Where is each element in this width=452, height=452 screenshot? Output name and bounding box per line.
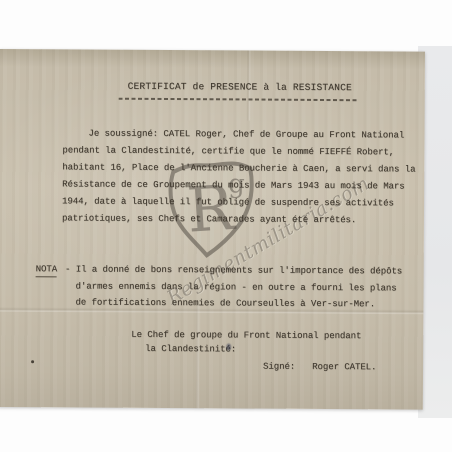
body-line: Je soussigné: CATEL Roger, Chef de Group… <box>88 129 404 142</box>
document-title: CERTIFICAT de PRESENCE à la RESISTANCE <box>110 81 370 94</box>
body-line: Résistance de ce Groupement du mois de M… <box>62 179 405 192</box>
signature-name: Roger CATEL. <box>312 362 376 373</box>
nota-line: NOTA - Il a donné de bons renseignements… <box>36 264 403 279</box>
signature-row: Signé: Roger CATEL. <box>263 362 376 374</box>
paper-crease <box>196 305 200 408</box>
paper-speck <box>31 360 34 363</box>
photo-of-certificate: R g Regimentmilitaria.com CERTIFICAT de … <box>0 0 452 452</box>
ink-smudge <box>226 343 231 350</box>
body-line: habitant 16, Place de l'Ancienne Boucher… <box>62 162 415 175</box>
nota-label: NOTA <box>36 264 57 277</box>
nota-text: - Il a donné de bons renseignements sur … <box>65 264 402 279</box>
title-underline <box>119 98 359 101</box>
signature-label: Signé: <box>263 362 295 373</box>
body-line: pendant la Clandestinité, certifie que l… <box>62 145 394 158</box>
body-line: patriotiques, ses Chefs et Camarades aya… <box>62 213 356 226</box>
body-line: 1944, date à laquelle il fut obligé de s… <box>62 196 394 209</box>
nota-line: d'armes ennemis dans la région - en outr… <box>76 281 397 294</box>
certificate-document: R g Regimentmilitaria.com CERTIFICAT de … <box>0 49 425 410</box>
nota-line: de fortifications ennemies de Courseulle… <box>75 297 375 310</box>
closing-line: la Clandestinité: <box>145 344 236 356</box>
closing-line: Le Chef de groupe du Front National pend… <box>131 330 361 342</box>
